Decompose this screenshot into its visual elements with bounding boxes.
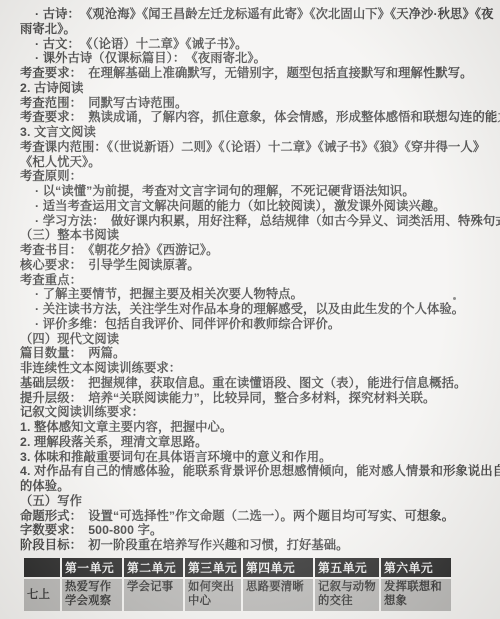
text-line: 考查重点： [20,273,494,288]
text-line: 考查要求： 熟读成诵，了解内容，抓住意象，体会情感，形成整体感悟和联想勾连的能力… [20,110,494,125]
text-line: · 学习方法： 做好课内积累，用好注释，总结规律（如古今异义、词类活用、特殊句式… [20,214,494,229]
table-header-cell: 第四单元 [243,558,313,577]
text-line: 考查范围： 同默写古诗范围。 [20,96,494,111]
text-line: 4. 对作品有自己的情感体验，能联系背景评价思想感情倾向，能对感人情景和形象说出… [20,464,494,479]
text-line: 基础层级： 把握规律，获取信息。重在读懂语段、图文（表），能进行信息概括。 [20,376,494,391]
table-cell: 思路要清晰 [243,579,313,611]
table-header-cell: 第一单元 [62,558,122,577]
text-line: 1. 整体感知文章主要内容，把握中心。 [20,420,494,435]
text-line: 考查书目： 《朝花夕拾》《西游记》。 [20,243,494,258]
table-cell: 记叙与动物的交往 [315,579,379,611]
text-line: 核心要求： 引导学生阅读原著。 [20,258,494,273]
text-line: 提升层级： 培养“关联阅读能力”，比较异同，整合多材料，探究材料关联。 [20,391,494,406]
text-line: · 古诗： 《观沧海》《闻王昌龄左迁龙标遥有此寄》《次北固山下》《天净沙·秋思》… [20,7,494,22]
stray-dot-artifact [453,297,456,300]
table-row: 七上热爱写作 学会观察学会记事如何突出中心思路要清晰记叙与动物的交往发挥联想和想… [24,579,451,611]
table-cell: 热爱写作 学会观察 [62,579,122,611]
text-line: 篇目数量： 两篇。 [20,346,494,361]
text-line: （四）现代文阅读 [20,332,494,347]
units-table-head: 第一单元第二单元第三单元第四单元第五单元第六单元 [24,558,451,577]
text-line: 2. 理解段落关系，理清文章思路。 [20,435,494,450]
table-cell: 发挥联想和想象 [381,579,451,611]
units-table: 第一单元第二单元第三单元第四单元第五单元第六单元 七上热爱写作 学会观察学会记事… [22,556,453,613]
table-cell: 七上 [24,579,60,611]
text-lines: · 古诗： 《观沧海》《闻王昌龄左迁龙标遥有此寄》《次北固山下》《天净沙·秋思》… [20,7,494,553]
text-line: 记叙文阅读训练要求： [20,405,494,420]
text-line: 《杞人忧天》。 [20,155,494,170]
table-header-cell: 第三单元 [185,558,241,577]
text-line: 命题形式： 设置“可选择性”作文命题（二选一）。两个题目均可写实、可想象。 [20,509,494,524]
text-line: 非连续性文本阅读训练要求： [20,361,494,376]
table-header-cell: 第二单元 [124,558,183,577]
text-line: · 古文： 《（论语）十二章》《诫子书》。 [20,37,494,52]
table-header-cell [24,558,60,577]
text-line: 3. 体味和推敲重要词句在具体语言环境中的意义和作用。 [20,450,494,465]
text-line: · 关注读书方法，关注学生对作品本身的理解感受，以及由此生发的个人体验。 [20,302,494,317]
table-header-cell: 第五单元 [315,558,379,577]
text-line: 考查课内范围：《（世说新语）二则》《（论语）十二章》《诫子书》《狼》《穿井得一人… [20,140,494,155]
text-line: 3. 文言文阅读 [20,125,494,140]
text-line: 2. 古诗阅读 [20,81,494,96]
text-line: （三）整本书阅读 [20,228,494,243]
table-header-cell: 第六单元 [381,558,451,577]
table-header-row: 第一单元第二单元第三单元第四单元第五单元第六单元 [24,558,451,577]
text-line: · 评价多维：包括自我评价、同伴评价和教师综合评价。 [20,317,494,332]
units-table-body: 七上热爱写作 学会观察学会记事如何突出中心思路要清晰记叙与动物的交往发挥联想和想… [24,579,451,611]
table-cell: 学会记事 [124,579,183,611]
text-line: · 适当考查运用文言文解决问题的能力（如比较阅读），激发课外阅读兴趣。 [20,199,494,214]
text-line: 考查原则： [20,169,494,184]
text-line: 阶段目标： 初一阶段重在培养写作兴趣和习惯，打好基础。 [20,538,494,553]
text-line: · 以“读懂”为前提，考查对文言字词句的理解，不死记硬背语法知识。 [20,184,494,199]
text-line: · 课外古诗（仅课标篇目）： 《夜雨寄北》。 [20,51,494,66]
text-line: 考查要求： 在理解基础上准确默写，无错别字，题型包括直接默写和理解性默写。 [20,66,494,81]
text-line: · 了解主要情节，把握主要及相关次要人物特点。 [20,287,494,302]
text-line: 字数要求： 500-800 字。 [20,523,494,538]
text-line: 雨寄北》。 [20,22,494,37]
text-line: （五）写作 [20,494,494,509]
document-page: · 古诗： 《观沧海》《闻王昌龄左迁龙标遥有此寄》《次北固山下》《天净沙·秋思》… [0,0,500,619]
text-line: 的体验。 [20,479,494,494]
table-cell: 如何突出中心 [185,579,241,611]
